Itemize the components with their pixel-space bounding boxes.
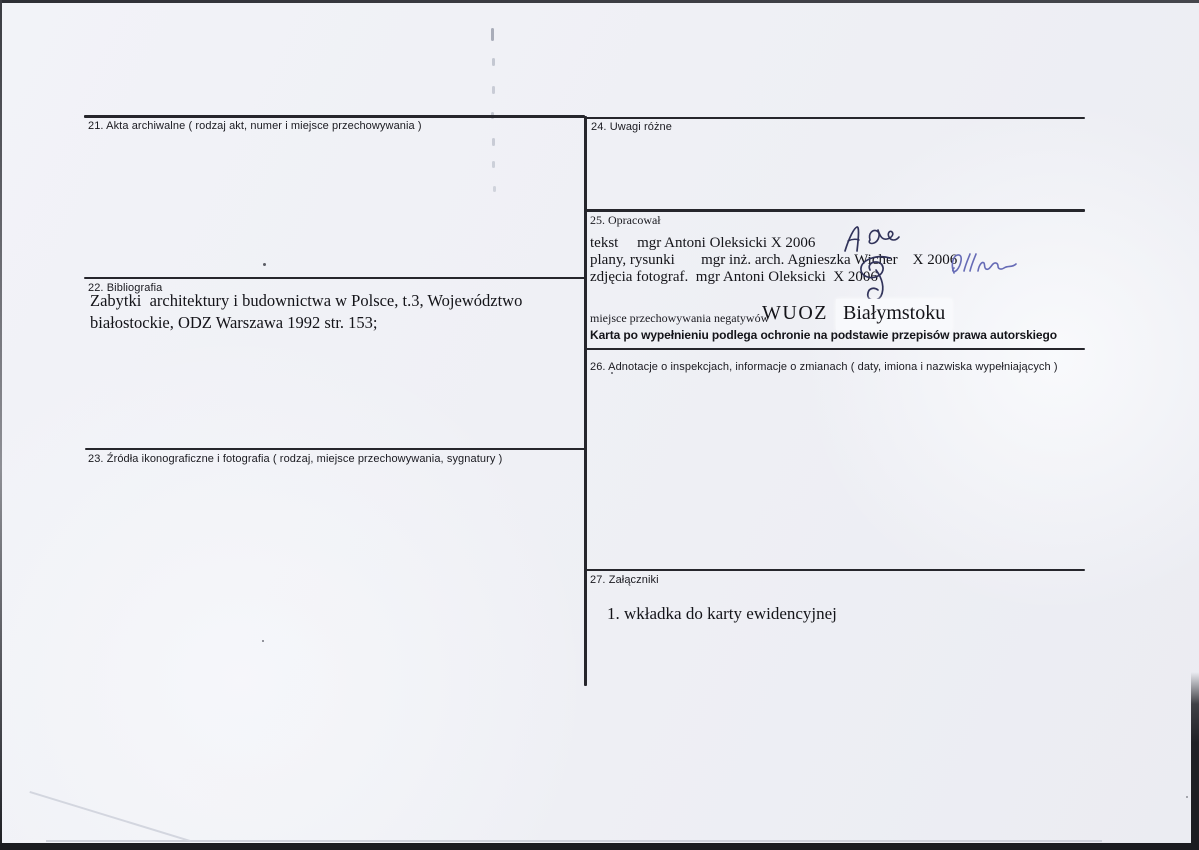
fold-mark bbox=[492, 161, 495, 168]
rule-section22-top bbox=[84, 277, 585, 280]
section-26-label: 26. Adnotacje o inspekcjach, informacje … bbox=[590, 361, 1058, 373]
ink-speck bbox=[262, 640, 264, 642]
signature-stroke bbox=[952, 255, 961, 273]
section-27-label: 27. Załączniki bbox=[590, 574, 659, 586]
rule-section27-top bbox=[585, 569, 1085, 572]
section-25-label: 25. Opracował bbox=[590, 213, 661, 228]
signature-stroke bbox=[869, 230, 879, 243]
attachment-item-1: 1. wkładka do karty ewidencyjnej bbox=[607, 604, 837, 624]
ink-speck bbox=[263, 263, 266, 266]
scan-edge-top bbox=[0, 0, 1199, 3]
author-row-plans: plany, rysunki mgr inż. arch. Agnieszka … bbox=[590, 252, 957, 269]
fold-mark bbox=[492, 58, 495, 66]
signature-stroke bbox=[861, 257, 890, 278]
section-24-label: 24. Uwagi różne bbox=[591, 121, 672, 133]
section-21-label: 21. Akta archiwalne ( rodzaj akt, numer … bbox=[88, 120, 422, 132]
copyright-note: Karta po wypełnieniu podlega ochronie na… bbox=[590, 328, 1057, 342]
signature-stroke bbox=[978, 262, 1016, 271]
rule-top-right-column bbox=[585, 117, 1085, 120]
section-23-label: 23. Źródła ikonograficzne i fotografia (… bbox=[88, 453, 502, 465]
author-row-text: tekst mgr Antoni Oleksicki X 2006 bbox=[590, 235, 815, 252]
author-row-photos: zdjęcia fotograf. mgr Antoni Oleksicki X… bbox=[590, 269, 878, 286]
signature-oleksicki-text bbox=[842, 224, 900, 254]
rule-top-left-column bbox=[84, 115, 585, 118]
signature-stroke bbox=[878, 230, 899, 240]
scan-edge-right bbox=[1191, 672, 1199, 850]
rule-section23-top bbox=[85, 448, 585, 451]
fold-mark bbox=[492, 86, 495, 94]
rule-section25-top bbox=[585, 209, 1085, 212]
fold-mark bbox=[493, 186, 496, 192]
fold-mark bbox=[492, 138, 495, 146]
ink-speck bbox=[1186, 796, 1188, 798]
negatives-storage-place: Białymstoku bbox=[843, 302, 945, 325]
signature-stroke bbox=[970, 254, 976, 271]
paper-corner-crease bbox=[29, 791, 190, 842]
paper-edge-shadow bbox=[46, 840, 1102, 842]
signature-stroke bbox=[964, 254, 970, 271]
fold-mark bbox=[491, 28, 494, 41]
negatives-storage-label: miejsce przechowywania negatywów bbox=[590, 311, 769, 326]
signature-wicher bbox=[856, 254, 902, 304]
scanned-card-page: 21. Akta archiwalne ( rodzaj akt, numer … bbox=[0, 0, 1199, 850]
scan-edge-bottom bbox=[0, 843, 1199, 850]
scan-edge-left bbox=[0, 0, 2, 850]
bibliography-line-1: Zabytki architektury i budownictwa w Pol… bbox=[90, 291, 522, 311]
rule-column-divider bbox=[584, 116, 587, 686]
signature-oleksicki-photos bbox=[946, 249, 1018, 281]
rule-section26-top bbox=[585, 348, 1085, 351]
bibliography-line-2: białostockie, ODZ Warszawa 1992 str. 153… bbox=[90, 313, 378, 333]
